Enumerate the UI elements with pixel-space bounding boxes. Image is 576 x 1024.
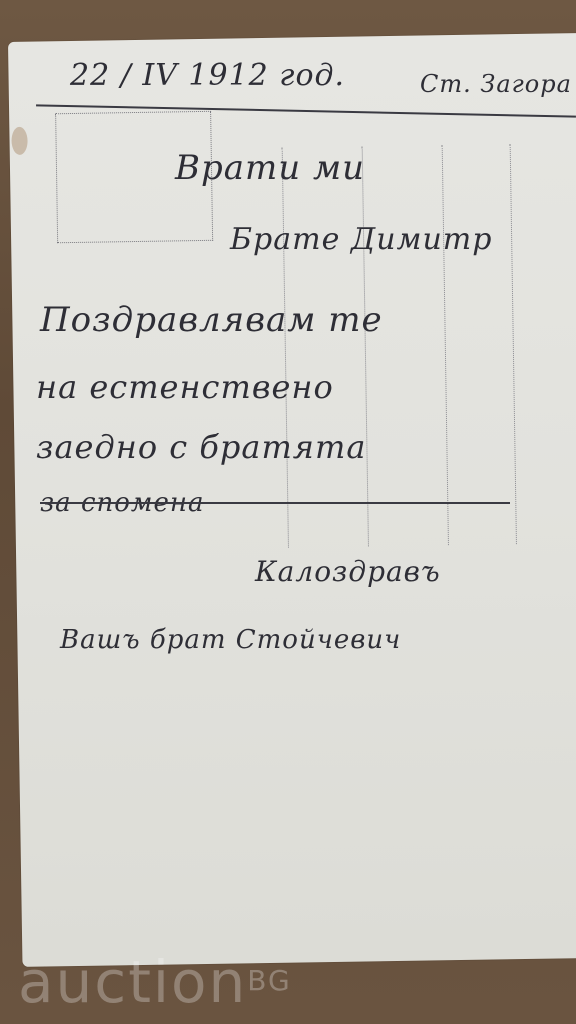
strike-stroke xyxy=(40,502,510,504)
date-line: 22 / IV 1912 год. xyxy=(70,58,345,93)
watermark-suffix: BG xyxy=(247,964,291,997)
dotted-rule xyxy=(510,144,517,544)
greeting-line-1: Врати ми xyxy=(175,148,365,188)
paper-stain xyxy=(11,127,27,155)
dotted-rule xyxy=(362,146,369,546)
body-line-2: на естенствено xyxy=(36,368,334,406)
greeting-line-2: Брате Димитр xyxy=(230,222,492,257)
auction-watermark: auctionBG xyxy=(18,948,292,1016)
watermark-text: auction xyxy=(18,948,247,1016)
closing-line: Калоздравъ xyxy=(255,555,441,588)
body-line-1: Поздравлявам те xyxy=(40,300,383,340)
signature-line: Вашъ брат Стойчевич xyxy=(60,625,401,655)
dotted-rule xyxy=(282,148,289,548)
body-line-3: заедно с братята xyxy=(36,428,366,466)
dotted-rule xyxy=(442,145,449,545)
place-line: Ст. Загора xyxy=(420,70,572,98)
